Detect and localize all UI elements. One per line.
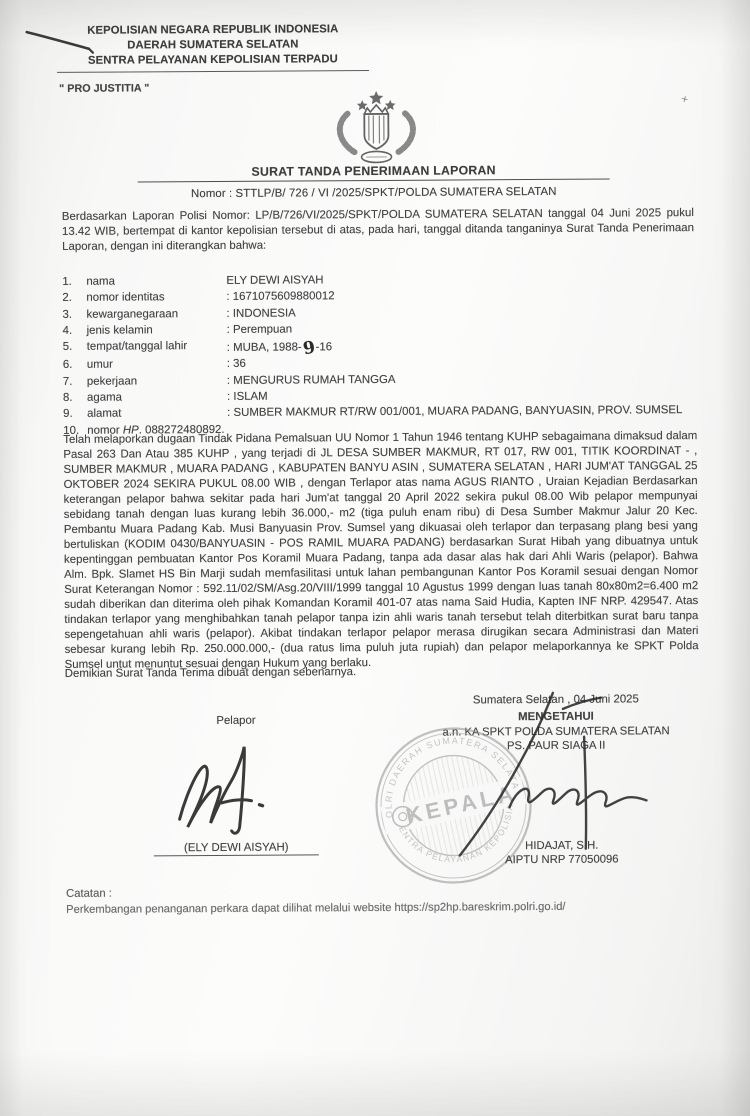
- field-number: 6.: [63, 357, 87, 373]
- handwritten-month-correction: 9: [302, 340, 317, 358]
- field-label: nama: [86, 273, 226, 290]
- field-value: : SUMBER MAKMUR RT/RW 001/001, MUARA PAD…: [227, 402, 697, 421]
- report-body-paragraph: Telah melaporkan dugaan Tindak Pidana Pe…: [63, 429, 698, 673]
- closing-line: Demikian Surat Tanda Terima dibuat denga…: [65, 665, 565, 680]
- field-label: jenis kelamin: [87, 322, 227, 339]
- pelapor-signature: [161, 730, 302, 846]
- field-label: kewarganegaraan: [86, 305, 226, 322]
- field-label: nomor identitas: [86, 289, 226, 306]
- note-text: Perkembangan penanganan perkara dapat di…: [66, 900, 706, 916]
- document-title: SURAT TANDA PENERIMAAN LAPORAN: [138, 163, 610, 183]
- letterhead: KEPOLISIAN NEGARA REPUBLIK INDONESIA DAE…: [57, 22, 369, 73]
- document-number: Nomor : STTLP/B/ 726 / VI /2025/SPKT/POL…: [191, 186, 557, 200]
- document-content: KEPOLISIAN NEGARA REPUBLIK INDONESIA DAE…: [0, 0, 750, 1116]
- polri-tribrata-emblem-icon: [320, 88, 432, 169]
- pelapor-name: (ELY DEWI AISYAH): [154, 841, 319, 856]
- field-label: umur: [87, 356, 227, 373]
- field-label: agama: [87, 389, 227, 406]
- note-label: Catatan :: [66, 888, 112, 900]
- birthdate-pre: : MUBA, 1988-: [227, 342, 302, 354]
- field-label: tempat/tanggal lahir: [87, 338, 227, 357]
- stray-pen-mark: +: [680, 91, 690, 106]
- field-number: 5.: [63, 339, 87, 357]
- letterhead-line1: KEPOLISIAN NEGARA REPUBLIK INDONESIA: [57, 22, 369, 39]
- field-number: 8.: [63, 390, 87, 406]
- scanned-document-page: KEPOLISIAN NEGARA REPUBLIK INDONESIA DAE…: [0, 0, 750, 1116]
- pro-justitia-motto: " PRO JUSTITIA ": [59, 82, 149, 95]
- field-label: alamat: [87, 405, 227, 422]
- title-block: SURAT TANDA PENERIMAAN LAPORAN Nomor : S…: [138, 163, 610, 203]
- intro-paragraph: Berdasarkan Laporan Polisi Nomor: LP/B/7…: [62, 206, 694, 255]
- field-number: 1.: [62, 274, 86, 290]
- field-number: 9.: [63, 406, 87, 422]
- field-number: 7.: [63, 374, 87, 390]
- officer-nrp: AIPTU NRP 77050096: [422, 853, 702, 867]
- pelapor-label: Pelapor: [181, 715, 291, 728]
- field-number: 3.: [62, 306, 86, 322]
- officer-name: HIDAJAT, S.H.: [422, 839, 702, 853]
- birthdate-post: -16: [316, 341, 333, 353]
- reporter-fields-list: 1. nama ELY DEWI AISYAH 2. nomor identit…: [62, 270, 697, 439]
- field-number: 2.: [62, 290, 86, 306]
- field-label: pekerjaan: [87, 373, 227, 390]
- field-number: 4.: [63, 323, 87, 339]
- letterhead-line3: SENTRA PELAYANAN KEPOLISIAN TERPADU: [57, 52, 369, 69]
